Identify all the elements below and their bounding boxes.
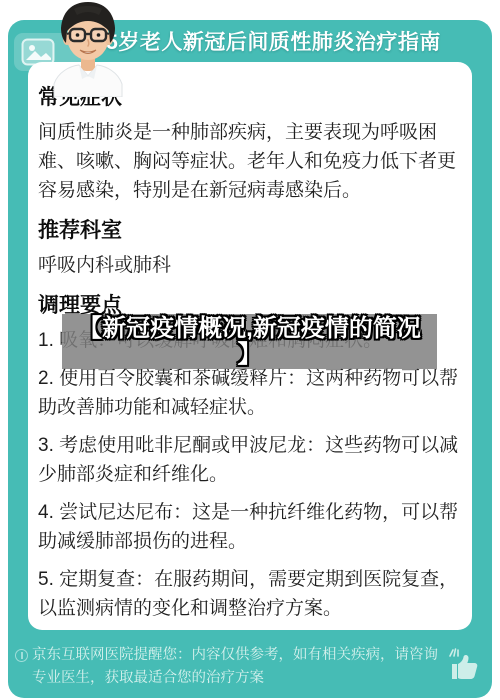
care-point-item: 2. 使用百令胶囊和茶碱缓释片：这两种药物可以帮助改善肺功能和减轻症状。 xyxy=(38,364,462,422)
recommended-department-text: 呼吸内科或肺科 xyxy=(38,251,462,280)
care-point-item: 3. 考虑使用吡非尼酮或甲波尼龙：这些药物可以减少肺部炎症和纤维化。 xyxy=(38,431,462,489)
watermark-line2: 】 xyxy=(238,342,262,368)
watermark-line1: 【新冠疫情概况,新冠疫情的简况 xyxy=(78,316,421,342)
footer-disclaimer: 京东互联网医院提醒您：内容仅供参考，如有相关疾病，请咨询专业医生，获取最适合您的… xyxy=(28,644,446,690)
care-point-item: 4. 尝试尼达尼布：这是一种抗纤维化药物，可以帮助减缓肺部损伤的进程。 xyxy=(38,498,462,556)
common-symptoms-paragraph: 间质性肺炎是一种肺部疾病，主要表现为呼吸困难、咳嗽、胸闷等症状。老年人和免疫力低… xyxy=(38,118,462,205)
page-title: 85岁老人新冠后间质性肺炎治疗指南 xyxy=(94,26,441,56)
info-icon xyxy=(15,649,28,662)
doctor-avatar xyxy=(44,0,132,97)
section-heading-recommended-department: 推荐科室 xyxy=(38,217,462,245)
care-point-item: 5. 定期复查：在服药期间，需要定期到医院复查，以监测病情的变化和调整治疗方案。 xyxy=(38,565,462,623)
footer: 京东互联网医院提醒您：内容仅供参考，如有相关疾病，请咨询专业医生，获取最适合您的… xyxy=(8,630,492,690)
thumbs-up-icon xyxy=(446,646,482,686)
thumbs-up-button[interactable] xyxy=(446,646,482,686)
watermark-banner: 【新冠疫情概况,新冠疫情的简况 】 xyxy=(62,314,437,369)
